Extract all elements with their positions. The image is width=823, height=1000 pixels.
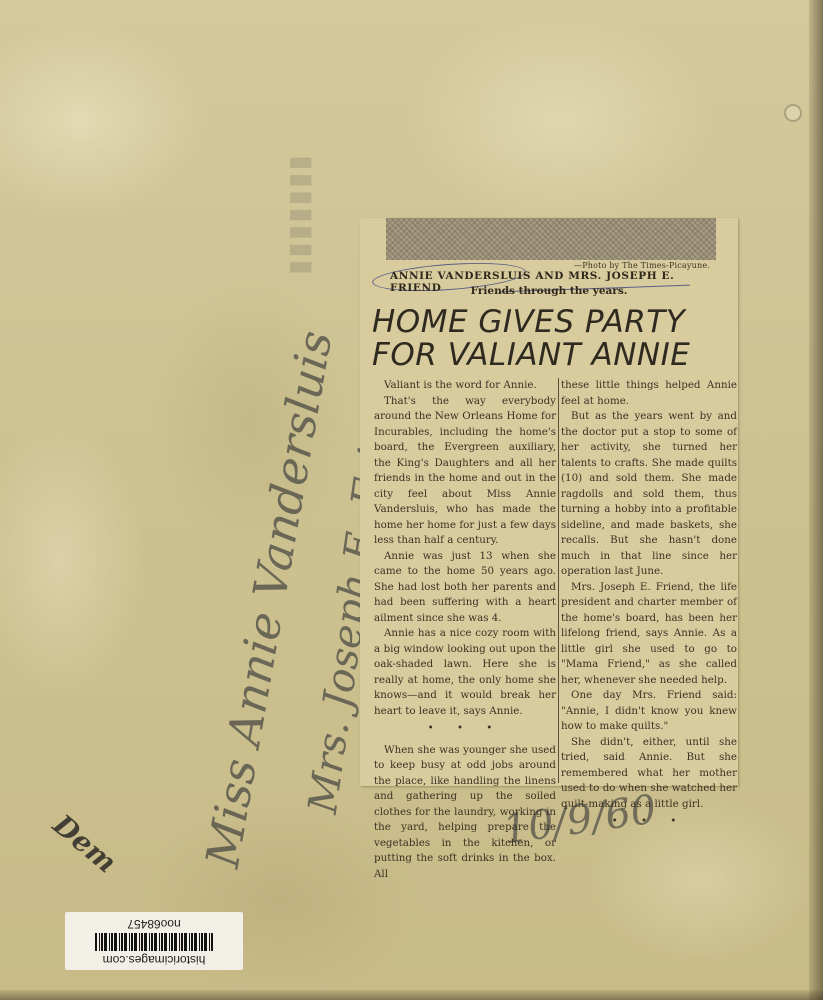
paragraph: Annie has a nice cozy room with a big wi… xyxy=(374,626,556,719)
sticker-site: historicimages.com xyxy=(65,953,243,967)
paragraph: Annie was just 13 when she came to the h… xyxy=(374,549,556,627)
barcode-sticker: historicimages.com noo68457 xyxy=(65,912,243,970)
paragraph: Valiant is the word for Annie. xyxy=(374,378,556,394)
paragraph: She didn't, either, until she tried, sai… xyxy=(561,735,737,813)
photo-caption-subtitle: Friends through the years. xyxy=(360,285,738,297)
photo-strip-image xyxy=(386,218,716,260)
paragraph: That's the way everybody around the New … xyxy=(374,394,556,549)
sticker-code: noo68457 xyxy=(65,917,243,931)
photo-bottom-edge xyxy=(0,990,823,1000)
photo-right-edge xyxy=(809,0,823,1000)
headline-line-2: FOR VALIANT ANNIE xyxy=(372,339,732,372)
column-divider xyxy=(558,378,559,783)
barcode-icon xyxy=(95,933,213,951)
article-column-1: Valiant is the word for Annie. That's th… xyxy=(374,378,556,882)
section-separator: • • • xyxy=(374,721,556,737)
paragraph: these little things helped Annie feel at… xyxy=(561,378,737,409)
photo-credit: —Photo by The Times-Picayune. xyxy=(574,261,710,270)
paragraph: Mrs. Joseph E. Friend, the life presiden… xyxy=(561,580,737,689)
faded-stamp: ▮▮▮▮▮▮▮ xyxy=(282,153,315,275)
paragraph: When she was younger she used to keep bu… xyxy=(374,743,556,883)
headline-line-1: HOME GIVES PARTY xyxy=(372,306,732,339)
section-separator: • • • xyxy=(561,814,737,830)
article-column-2: these little things helped Annie feel at… xyxy=(561,378,737,836)
headline: HOME GIVES PARTY FOR VALIANT ANNIE xyxy=(372,306,732,372)
paragraph: But as the years went by and the doctor … xyxy=(561,409,737,580)
newspaper-clipping: —Photo by The Times-Picayune. ANNIE VAND… xyxy=(360,218,738,786)
pin-hole xyxy=(784,104,802,122)
paragraph: One day Mrs. Friend said: "Annie, I didn… xyxy=(561,688,737,735)
